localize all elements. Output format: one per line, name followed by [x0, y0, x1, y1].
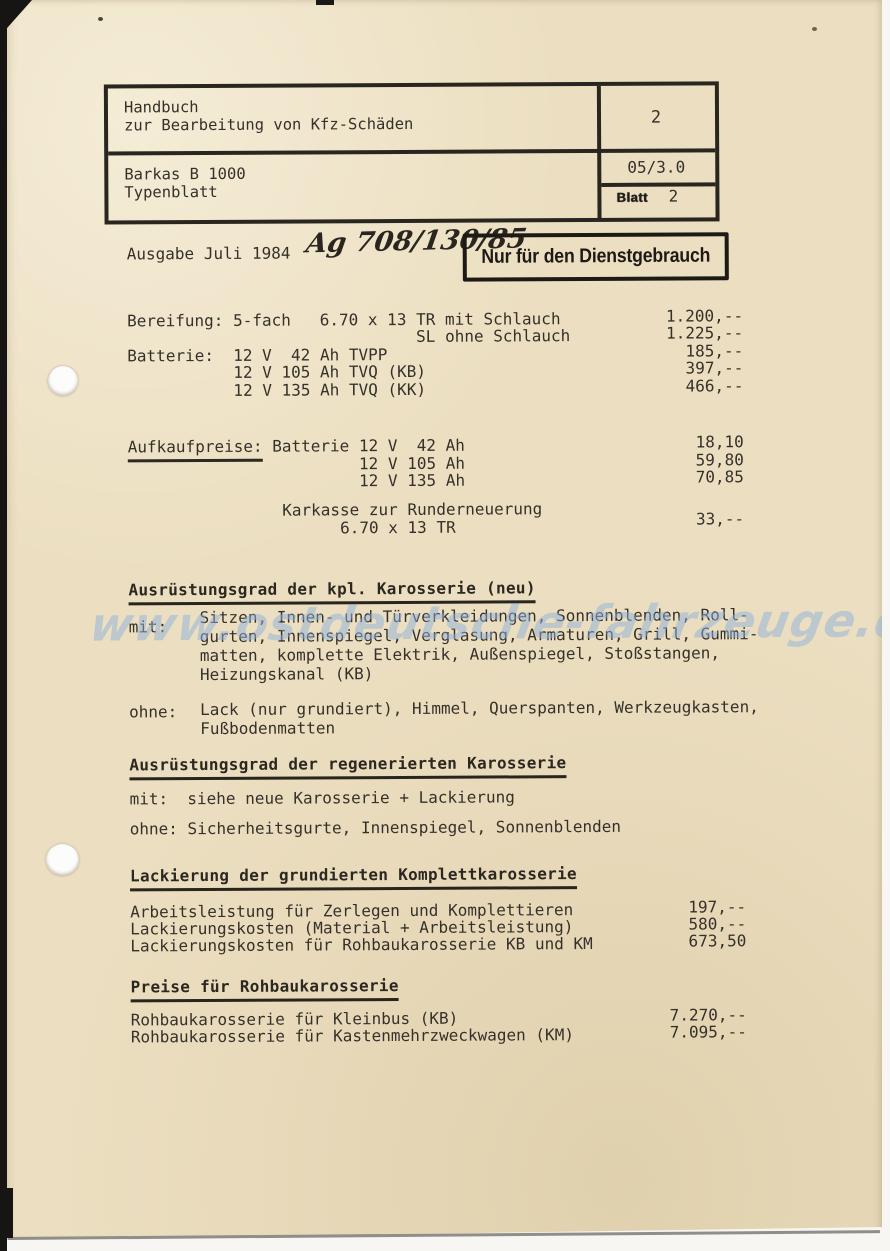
- scan-speck: [812, 27, 817, 31]
- line-price: 466,--: [686, 377, 744, 395]
- line-text: 12 V 135 Ah TVQ (KK): [127, 380, 426, 401]
- header-table-row-divider: [108, 148, 715, 155]
- line-text: Batterie 12 V 42 Ah: [263, 436, 465, 456]
- model-line2: Typenblatt: [124, 182, 217, 200]
- scan-speck: [316, 0, 334, 5]
- paragraph-line: Fußbodenmatten: [200, 718, 335, 738]
- price-line: Rohbaukarosserie für Kastenmehrzweckwage…: [131, 1025, 747, 1046]
- line-text: Lackierungskosten für Rohbaukarosserie K…: [130, 934, 592, 955]
- line-text: SL ohne Schlauch: [127, 326, 570, 347]
- heading-text: Lackierung der grundierten Komplettkaros…: [130, 864, 577, 891]
- title-line2: zur Bearbeitung von Kfz-Schäden: [124, 114, 413, 134]
- text-line: ohne: Sicherheitsgurte, Innenspiegel, So…: [130, 817, 746, 838]
- line-text: Rohbaukarosserie für Kastenmehrzweckwage…: [131, 1025, 574, 1046]
- text-line: mit: siehe neue Karosserie + Lackierung: [130, 787, 746, 808]
- price-line: 6.70 x 13 TR33,--: [128, 517, 744, 538]
- line-price: 397,--: [685, 359, 743, 377]
- price-line: 12 V 135 Ah TVQ (KK)466,--: [127, 379, 743, 400]
- title-line1: Handbuch: [124, 98, 199, 116]
- line-price: 1.225,--: [666, 324, 743, 342]
- line-text: ohne: Sicherheitsgurte, Innenspiegel, So…: [130, 817, 621, 839]
- price-line: 12 V 135 Ah70,85: [128, 470, 744, 491]
- model-line1: Barkas B 1000: [124, 165, 245, 184]
- header-table: Handbuchzur Bearbeitung von Kfz-Schäden …: [104, 81, 720, 224]
- punch-hole-bottom: [46, 844, 79, 876]
- line-text: 6.70 x 13 TR: [128, 518, 456, 539]
- without-label: ohne:: [129, 702, 177, 721]
- line-price: 70,85: [696, 468, 744, 486]
- line-text: 12 V 135 Ah: [128, 471, 465, 492]
- document-code: 05/3.0: [601, 157, 711, 177]
- section-heading: Preise für Rohbaukarosserie: [131, 975, 747, 996]
- line-price: 33,--: [696, 510, 744, 528]
- sheet-label: Blatt: [616, 190, 647, 205]
- heading-text: Ausrüstungsgrad der regenerierten Kaross…: [129, 753, 566, 780]
- line-text: Karkasse zur Runderneuerung: [128, 499, 542, 520]
- line-price: 673,50: [688, 932, 746, 950]
- section-heading: Ausrüstungsgrad der regenerierten Kaross…: [129, 753, 745, 774]
- sheet-number: 2: [653, 186, 693, 205]
- section-heading: Lackierung der grundierten Komplettkaros…: [130, 864, 746, 885]
- scan-edge-strip: [0, 0, 7, 1251]
- stamp-text: Nur für den Dienstgebrauch: [481, 245, 710, 269]
- price-line: Lackierungskosten für Rohbaukarosserie K…: [130, 934, 746, 955]
- edition-line: Ausgabe Juli 1984: [127, 244, 291, 264]
- line-price: 18,10: [696, 433, 744, 451]
- scan-bottom-left-shadow: [0, 1188, 13, 1238]
- document-number: 2: [601, 107, 711, 128]
- paragraph-line: Lack (nur grundiert), Himmel, Querspante…: [200, 697, 759, 719]
- heading-text: Preise für Rohbaukarosserie: [131, 976, 399, 1002]
- page-content: Handbuchzur Bearbeitung von Kfz-Schäden …: [3, 0, 885, 1244]
- paragraph-line: Heizungskanal (KB): [200, 664, 373, 684]
- scan-speck: [98, 17, 103, 21]
- vehicle-model: Barkas B 1000Typenblatt: [124, 166, 246, 202]
- line-text: mit: siehe neue Karosserie + Lackierung: [130, 787, 515, 808]
- line-price: 7.095,--: [670, 1023, 747, 1041]
- document-page: Handbuchzur Bearbeitung von Kfz-Schäden …: [6, 0, 882, 1242]
- punch-hole-top: [48, 366, 78, 396]
- website-watermark: www.ostdeutsche-fahrzeuge.de: [86, 593, 890, 652]
- document-title: Handbuchzur Bearbeitung von Kfz-Schäden: [124, 98, 413, 135]
- official-use-stamp: Nur für den Dienstgebrauch: [463, 232, 729, 281]
